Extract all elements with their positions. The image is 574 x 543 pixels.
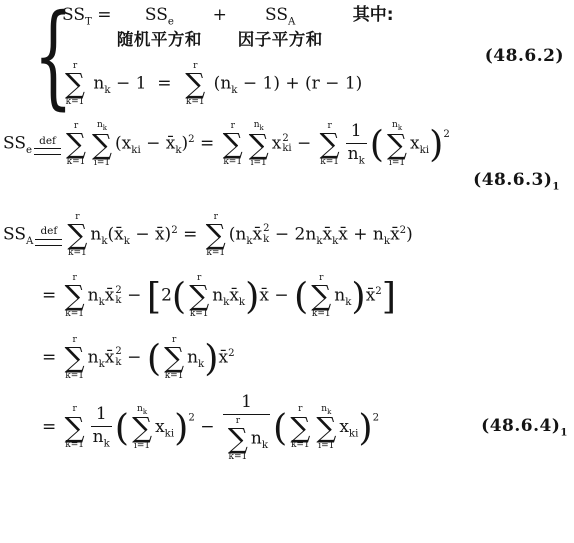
summation: r∑k=1	[311, 273, 331, 319]
scanned-math-page: {SST = SSe随机平方和 + SSA因子平方和其中:r∑k=1 nk − …	[0, 0, 574, 543]
sum-limit: k=1	[67, 157, 86, 167]
subscript: ki	[131, 145, 140, 156]
math-text: (x	[115, 134, 131, 154]
sigma-glyph: ∑	[92, 132, 112, 158]
subscript: ki	[420, 145, 429, 156]
term-label: 随机平方和	[117, 30, 202, 50]
sum-limit: k=1	[291, 440, 310, 450]
math-text: SS	[265, 5, 288, 25]
eq-ss-e-number-line: (48.6.3)1	[2, 170, 574, 192]
math-text: x̄	[105, 286, 115, 306]
math-text: x̄	[366, 286, 376, 306]
sum-limit: i=1	[251, 158, 267, 168]
sigma-glyph: ∑	[164, 345, 184, 371]
math-text: −	[122, 347, 147, 367]
subscript: ki	[165, 428, 174, 439]
math-text: x̄	[219, 347, 229, 367]
summation: r∑k=1	[65, 335, 85, 381]
def-label: def	[39, 136, 56, 148]
sum-limit: k=1	[65, 309, 84, 319]
summation: r∑k=1	[290, 404, 310, 450]
math-text: x̄	[253, 224, 263, 244]
math-text: =	[195, 134, 220, 154]
math-text: x̄	[229, 286, 239, 306]
equation-number: (48.6.2)	[485, 46, 564, 66]
math-text: 1	[241, 392, 252, 412]
superscript: 2	[373, 412, 379, 423]
math-text: −	[122, 286, 147, 306]
term: SSA	[265, 6, 295, 28]
paren-left: (	[370, 123, 384, 166]
paren-right: )	[204, 336, 218, 379]
def-equals: def	[35, 226, 62, 246]
math-text: x	[272, 134, 282, 154]
sigma-glyph: ∑	[311, 283, 331, 309]
math-text: n	[187, 347, 198, 367]
term: SSe	[145, 6, 174, 28]
numerator: 1	[91, 405, 112, 427]
eq-ss-a-simplify: = r∑k=1nkx̄2k − (r∑k=1nk)x̄2	[42, 335, 574, 381]
eq-ss-a-expand: = r∑k=1nkx̄2k − [2(r∑k=1nkx̄k)x̄ − (r∑k=…	[42, 273, 574, 319]
math-text: (x̄	[108, 224, 124, 244]
term-label: 因子平方和	[238, 30, 323, 50]
subscript: e	[26, 145, 32, 156]
sigma-glyph: ∑	[223, 131, 243, 157]
sum-limit: i=1	[94, 158, 110, 168]
labeled-term: SSe随机平方和	[117, 6, 202, 50]
equation-line: = r∑k=1nkx̄2k − (r∑k=1nk)x̄2	[42, 335, 235, 381]
equation-line: SSAdefr∑k=1nk(x̄k − x̄)2 = r∑k=1(nkx̄2k …	[3, 212, 413, 258]
math-text: 其中:	[353, 5, 394, 25]
math-text: =	[178, 224, 203, 244]
subscript: k	[359, 155, 365, 166]
sum-limit: k=1	[65, 371, 84, 381]
math-text: =	[42, 347, 62, 367]
sum-limit: k=1	[206, 248, 225, 258]
eq-system: {SST = SSe随机平方和 + SSA因子平方和其中:r∑k=1 nk − …	[26, 5, 574, 107]
math-text: n	[212, 286, 223, 306]
math-text: SS	[145, 5, 168, 25]
sum-limit: k=1	[223, 157, 242, 167]
equation-line: r∑k=1 nk − 1 = r∑k=1 (nk − 1) + (r − 1)	[62, 61, 394, 107]
paren-left: (	[147, 336, 161, 379]
math-text: n	[88, 347, 99, 367]
math-text: −	[195, 417, 220, 437]
summation: r∑k=1	[185, 61, 205, 107]
left-brace: {	[34, 6, 53, 107]
math-text: =	[42, 417, 62, 437]
double-bar	[34, 148, 61, 155]
labeled-term: SSA因子平方和	[238, 6, 323, 50]
math-text: n	[90, 224, 101, 244]
summation: r∑k=1	[65, 404, 85, 450]
summation: r∑k=1	[189, 273, 209, 319]
math-text: =	[92, 5, 117, 25]
paren-left: (	[115, 406, 129, 449]
math-text: =	[42, 286, 62, 306]
fraction: 1nk	[346, 122, 367, 167]
sum-limit: k=1	[68, 248, 87, 258]
equations-container: {SST = SSe随机平方和 + SSA因子平方和其中:r∑k=1 nk − …	[2, 5, 574, 462]
math-text: − x̄	[141, 134, 176, 154]
sigma-glyph: ∑	[290, 415, 310, 441]
numerator: 1	[223, 393, 270, 415]
equation-line: = r∑k=1nkx̄2k − [2(r∑k=1nkx̄k)x̄ − (r∑k=…	[42, 273, 396, 319]
sum-limit: k=1	[65, 440, 84, 450]
superscript: 2	[443, 129, 449, 140]
sigma-glyph: ∑	[65, 415, 85, 441]
math-text: − x̄)	[130, 224, 171, 244]
math-text: x̄	[323, 224, 333, 244]
denominator: nk	[346, 144, 367, 167]
sigma-glyph: ∑	[320, 131, 340, 157]
math-text: − 2n	[270, 224, 317, 244]
sigma-glyph: ∑	[206, 222, 226, 248]
subscript: ki	[282, 144, 291, 155]
fraction: 1nk	[91, 405, 112, 450]
math-text: n	[334, 286, 345, 306]
sum-limit: i=1	[134, 441, 150, 451]
sigma-glyph: ∑	[387, 132, 407, 158]
paren-right: )	[358, 406, 372, 449]
system-lines: SST = SSe随机平方和 + SSA因子平方和其中:r∑k=1 nk − 1…	[62, 5, 394, 107]
equation-line: SSedefr∑k=1nk∑i=1(xki − x̄k)2 = r∑k=1nk∑…	[3, 120, 450, 168]
sigma-glyph: ∑	[185, 71, 205, 97]
summation: r∑k=1	[164, 335, 184, 381]
summation: r∑k=1	[320, 121, 340, 167]
sum-limit: i=1	[318, 441, 334, 451]
subscript: A	[26, 236, 33, 247]
math-text: 2	[161, 286, 172, 306]
math-text: SS	[3, 134, 26, 154]
math-text: (n	[208, 74, 231, 94]
paren-right: )	[351, 275, 365, 318]
bracket-right: ]	[382, 275, 396, 318]
sigma-glyph: ∑	[66, 131, 86, 157]
summation: r∑k=1	[66, 121, 86, 167]
numerator: 1	[346, 122, 367, 144]
paren-right: )	[174, 406, 188, 449]
sigma-glyph: ∑	[316, 415, 336, 441]
sigma-glyph: ∑	[249, 132, 269, 158]
math-text: x	[410, 134, 420, 154]
eq-ss-e: SSedefr∑k=1nk∑i=1(xki − x̄k)2 = r∑k=1nk∑…	[3, 120, 574, 168]
math-text: x̄ + n	[338, 224, 384, 244]
paren-left: (	[273, 406, 287, 449]
math-text: x̄ −	[259, 286, 294, 306]
superscript: 2	[228, 348, 234, 359]
subscript: k	[104, 438, 110, 449]
sigma-glyph: ∑	[67, 222, 87, 248]
math-text: +	[202, 5, 238, 25]
summation: r∑k=1	[65, 273, 85, 319]
math-text: 随机平方和	[117, 30, 202, 49]
sum-limit: i=1	[389, 158, 405, 168]
math-text: n	[251, 428, 262, 448]
math-text: 1	[96, 404, 107, 424]
summation: r∑k=1	[228, 416, 248, 462]
sum-limit: k=1	[229, 452, 248, 462]
def-label: def	[40, 226, 57, 238]
subscript: ki	[349, 428, 358, 439]
denominator: nk	[91, 427, 112, 450]
math-text: )	[406, 224, 413, 244]
equation-number: (48.6.4)1	[481, 416, 568, 438]
summation: nk∑i=1	[387, 120, 407, 168]
math-text: − 1 =	[111, 74, 183, 94]
subscript: k	[263, 235, 269, 246]
math-text: 1	[351, 121, 362, 141]
sum-limit: k=1	[190, 309, 209, 319]
math-text: −	[292, 134, 317, 154]
sigma-glyph: ∑	[65, 345, 85, 371]
paren-left: (	[294, 275, 308, 318]
summation: r∑k=1	[223, 121, 243, 167]
subscript: e	[168, 16, 174, 27]
math-text: n	[88, 286, 99, 306]
math-text: SS	[3, 224, 26, 244]
summation: r∑k=1	[67, 212, 87, 258]
sigma-glyph: ∑	[228, 426, 248, 452]
math-text: (n	[229, 224, 247, 244]
sigma-glyph: ∑	[65, 283, 85, 309]
math-text: n	[93, 427, 104, 447]
math-text: 因子平方和	[238, 30, 323, 49]
subscript: A	[288, 16, 295, 27]
eq-ss-a: SSAdefr∑k=1nk(x̄k − x̄)2 = r∑k=1(nkx̄2k …	[3, 212, 574, 258]
equation-line: = r∑k=11nk(nk∑i=1xki)2 − 1r∑k=1nk(r∑k=1n…	[42, 393, 379, 462]
subscript: k	[115, 358, 121, 369]
paren-right: )	[245, 275, 259, 318]
math-text: − 1) + (r − 1)	[237, 74, 362, 94]
math-text: n	[88, 74, 104, 94]
sum-limit: k=1	[312, 309, 331, 319]
subscript: T	[85, 16, 92, 27]
bracket-left: [	[147, 275, 161, 318]
math-text: x	[339, 417, 349, 437]
sigma-glyph: ∑	[132, 415, 152, 441]
sum-limit: k=1	[165, 371, 184, 381]
sigma-glyph: ∑	[189, 283, 209, 309]
paren-right: )	[429, 123, 443, 166]
summation: nk∑i=1	[249, 120, 269, 168]
sum-limit: k=1	[186, 97, 205, 107]
subscript: k	[115, 296, 121, 307]
math-text: x̄	[105, 347, 115, 367]
subscript: k	[262, 440, 268, 451]
double-bar	[35, 239, 62, 246]
summation: nk∑i=1	[132, 404, 152, 452]
equation-line: SST = SSe随机平方和 + SSA因子平方和其中:	[62, 5, 394, 50]
equation-number: (48.6.3)1	[473, 170, 560, 190]
math-text: x	[155, 417, 165, 437]
summation: r∑k=1	[206, 212, 226, 258]
denominator: r∑k=1nk	[223, 415, 270, 462]
eq-ss-a-final: = r∑k=11nk(nk∑i=1xki)2 − 1r∑k=1nk(r∑k=1n…	[42, 393, 574, 462]
paren-left: (	[172, 275, 186, 318]
math-text: x̄	[390, 224, 400, 244]
def-equals: def	[34, 136, 61, 156]
fraction: 1r∑k=1nk	[223, 393, 270, 462]
summation: nk∑i=1	[316, 404, 336, 452]
summation: nk∑i=1	[92, 120, 112, 168]
sup-sub-stack: 2ki	[282, 134, 291, 155]
sum-limit: k=1	[320, 157, 339, 167]
math-text: n	[348, 144, 359, 164]
